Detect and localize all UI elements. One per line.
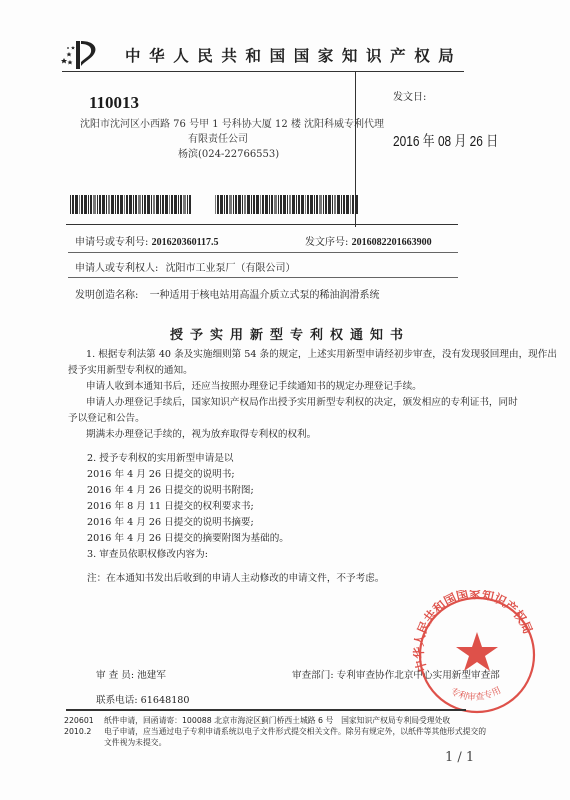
header-divider [62,71,464,72]
serial-number-label: 发文序号: [305,237,348,248]
application-number-row: 申请号或专利号: 201620360117.5 [75,233,219,248]
section2-item: 2016 年 8 月 11 日提交的权利要求书; [87,499,254,515]
section2-item: 2016 年 4 月 26 日提交的说明书; [87,467,235,483]
section1-line: 申请人办理登记手续后，国家知识产权局作出授予实用新型专利权的决定，颁发相应的专利… [86,395,518,411]
page-indicator: 1 / 1 [445,750,474,765]
section1-line: 申请人收到本通知书后，还应当按照办理登记手续通知书的规定办理登记手续。 [86,379,422,395]
applicant-label: 申请人或专利权人: [75,263,158,274]
barcode-left [70,195,192,214]
section2-item: 2016 年 4 月 26 日提交的说明书摘要; [87,515,254,531]
row-divider [68,252,458,253]
section1-line: 期满未办理登记手续的，视为放弃取得专利权的权利。 [86,427,316,443]
section2-item: 2016 年 4 月 26 日提交的说明书附图; [87,483,254,499]
recipient-address-line1: 沈阳市沈河区小西路 76 号甲 1 号科协大厦 12 楼 沈阳科威专利代理 [80,115,384,130]
issue-date-label: 发文日: [393,88,426,103]
section2-heading: 2. 授予专利权的实用新型申请是以 [87,451,234,467]
examiner-label: 审 查 员: [96,670,134,681]
application-number-label: 申请号或专利号: [75,237,148,248]
recipient-contact: 杨滨(024-22766553) [178,145,279,160]
footer-line1: 纸件申请，回函请寄：100088 北京市海淀区蓟门桥西土城路 6 号 国家知识产… [104,715,450,726]
barcode-right [215,195,359,214]
department-label: 审查部门: [292,670,334,681]
form-date: 2010.2 [64,726,91,737]
applicant: 沈阳市工业泵厂（有限公司） [166,263,296,274]
row-divider [68,277,458,278]
phone-row: 联系电话: 61648180 [96,693,190,709]
notice-title: 授予实用新型专利权通知书 [0,324,570,343]
applicant-row: 申请人或专利权人: 沈阳市工业泵厂（有限公司） [75,259,296,274]
section1-line: 授予实用新型专利权的通知。 [68,363,193,379]
serial-number: 2016082201663900 [352,237,432,248]
phone-number: 61648180 [141,695,190,706]
issue-date: 2016 年 08 月 26 日 [393,130,498,151]
footer-line3: 文件视为未提交。 [104,737,166,748]
application-number: 201620360117.5 [152,237,219,248]
note: 注：在本通知书发出后收到的申请人主动修改的申请文件，不予考虑。 [87,571,384,587]
form-code: 220601 [64,715,94,726]
footer-line2: 电子申请，应当通过电子专利申请系统以电子文件形式提交相关文件。除另有规定外，以纸… [104,726,486,737]
official-seal-icon: 中华人民共和国国家知识产权局 专利审查专用章 [405,590,545,720]
examiner-name: 池建军 [137,670,166,681]
cnipa-logo-icon [60,38,100,70]
invention-title: 一种适用于核电站用高温介质立式泵的稀油润滑系统 [150,290,380,301]
serial-number-row: 发文序号: 2016082201663900 [305,233,432,248]
section1-line: 予以登记和公告。 [68,411,145,427]
invention-label: 发明创造名称: [75,290,138,301]
section3: 3. 审查员依职权修改内容为: [87,547,208,563]
recipient-address-line2: 有限责任公司 [188,130,248,145]
barcode-divider [66,224,458,225]
postcode: 110013 [89,93,139,113]
section1-line: 1. 根据专利法第 40 条及实施细则第 54 条的规定，上述实用新型申请经初步… [86,347,557,363]
phone-label: 联系电话: [96,695,138,706]
section2-item: 2016 年 4 月 26 日提交的摘要附图为基础的。 [87,531,289,547]
agency-title: 中华人民共和国国家知识产权局 [125,44,462,66]
examiner-row: 审 查 员: 池建军 [96,668,166,684]
footer-divider [66,709,466,711]
invention-row: 发明创造名称: 一种适用于核电站用高温介质立式泵的稀油润滑系统 [75,286,380,301]
